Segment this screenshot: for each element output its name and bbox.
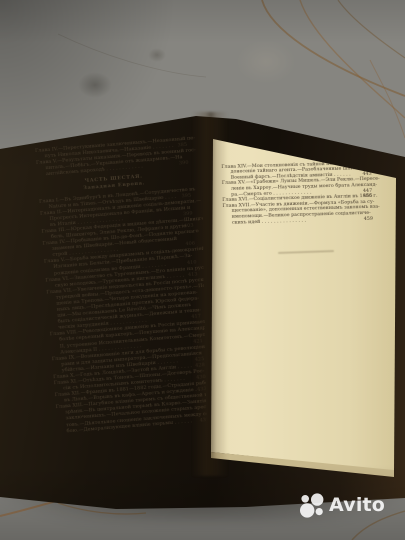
print-smudge: [278, 250, 334, 254]
toc-page-ref: 459: [364, 216, 373, 222]
stain-spot: [78, 72, 112, 98]
toc-page-ref: 390: [179, 160, 189, 167]
watermark: Avito: [299, 492, 385, 518]
left-toc-lines: Глава IV.—Перестукиваніе заключенныхъ.—Н…: [35, 136, 210, 435]
right-toc-lines: Глава XIV.—Мои столкновенія съ тайной по…: [221, 160, 373, 226]
left-page-text: — 470 — Глава IV.—Перестукиваніе заключе…: [34, 126, 209, 435]
toc-entry-text: скихъ идей . . . . . . . . . . . . . . .: [232, 218, 306, 225]
avito-logo-icon: [299, 492, 325, 518]
stain-spot: [236, 40, 296, 84]
watermark-label: Avito: [329, 494, 385, 516]
book-photo-scene: — 470 — Глава IV.—Перестукиваніе заключе…: [0, 0, 405, 540]
stain-spot: [148, 48, 166, 62]
